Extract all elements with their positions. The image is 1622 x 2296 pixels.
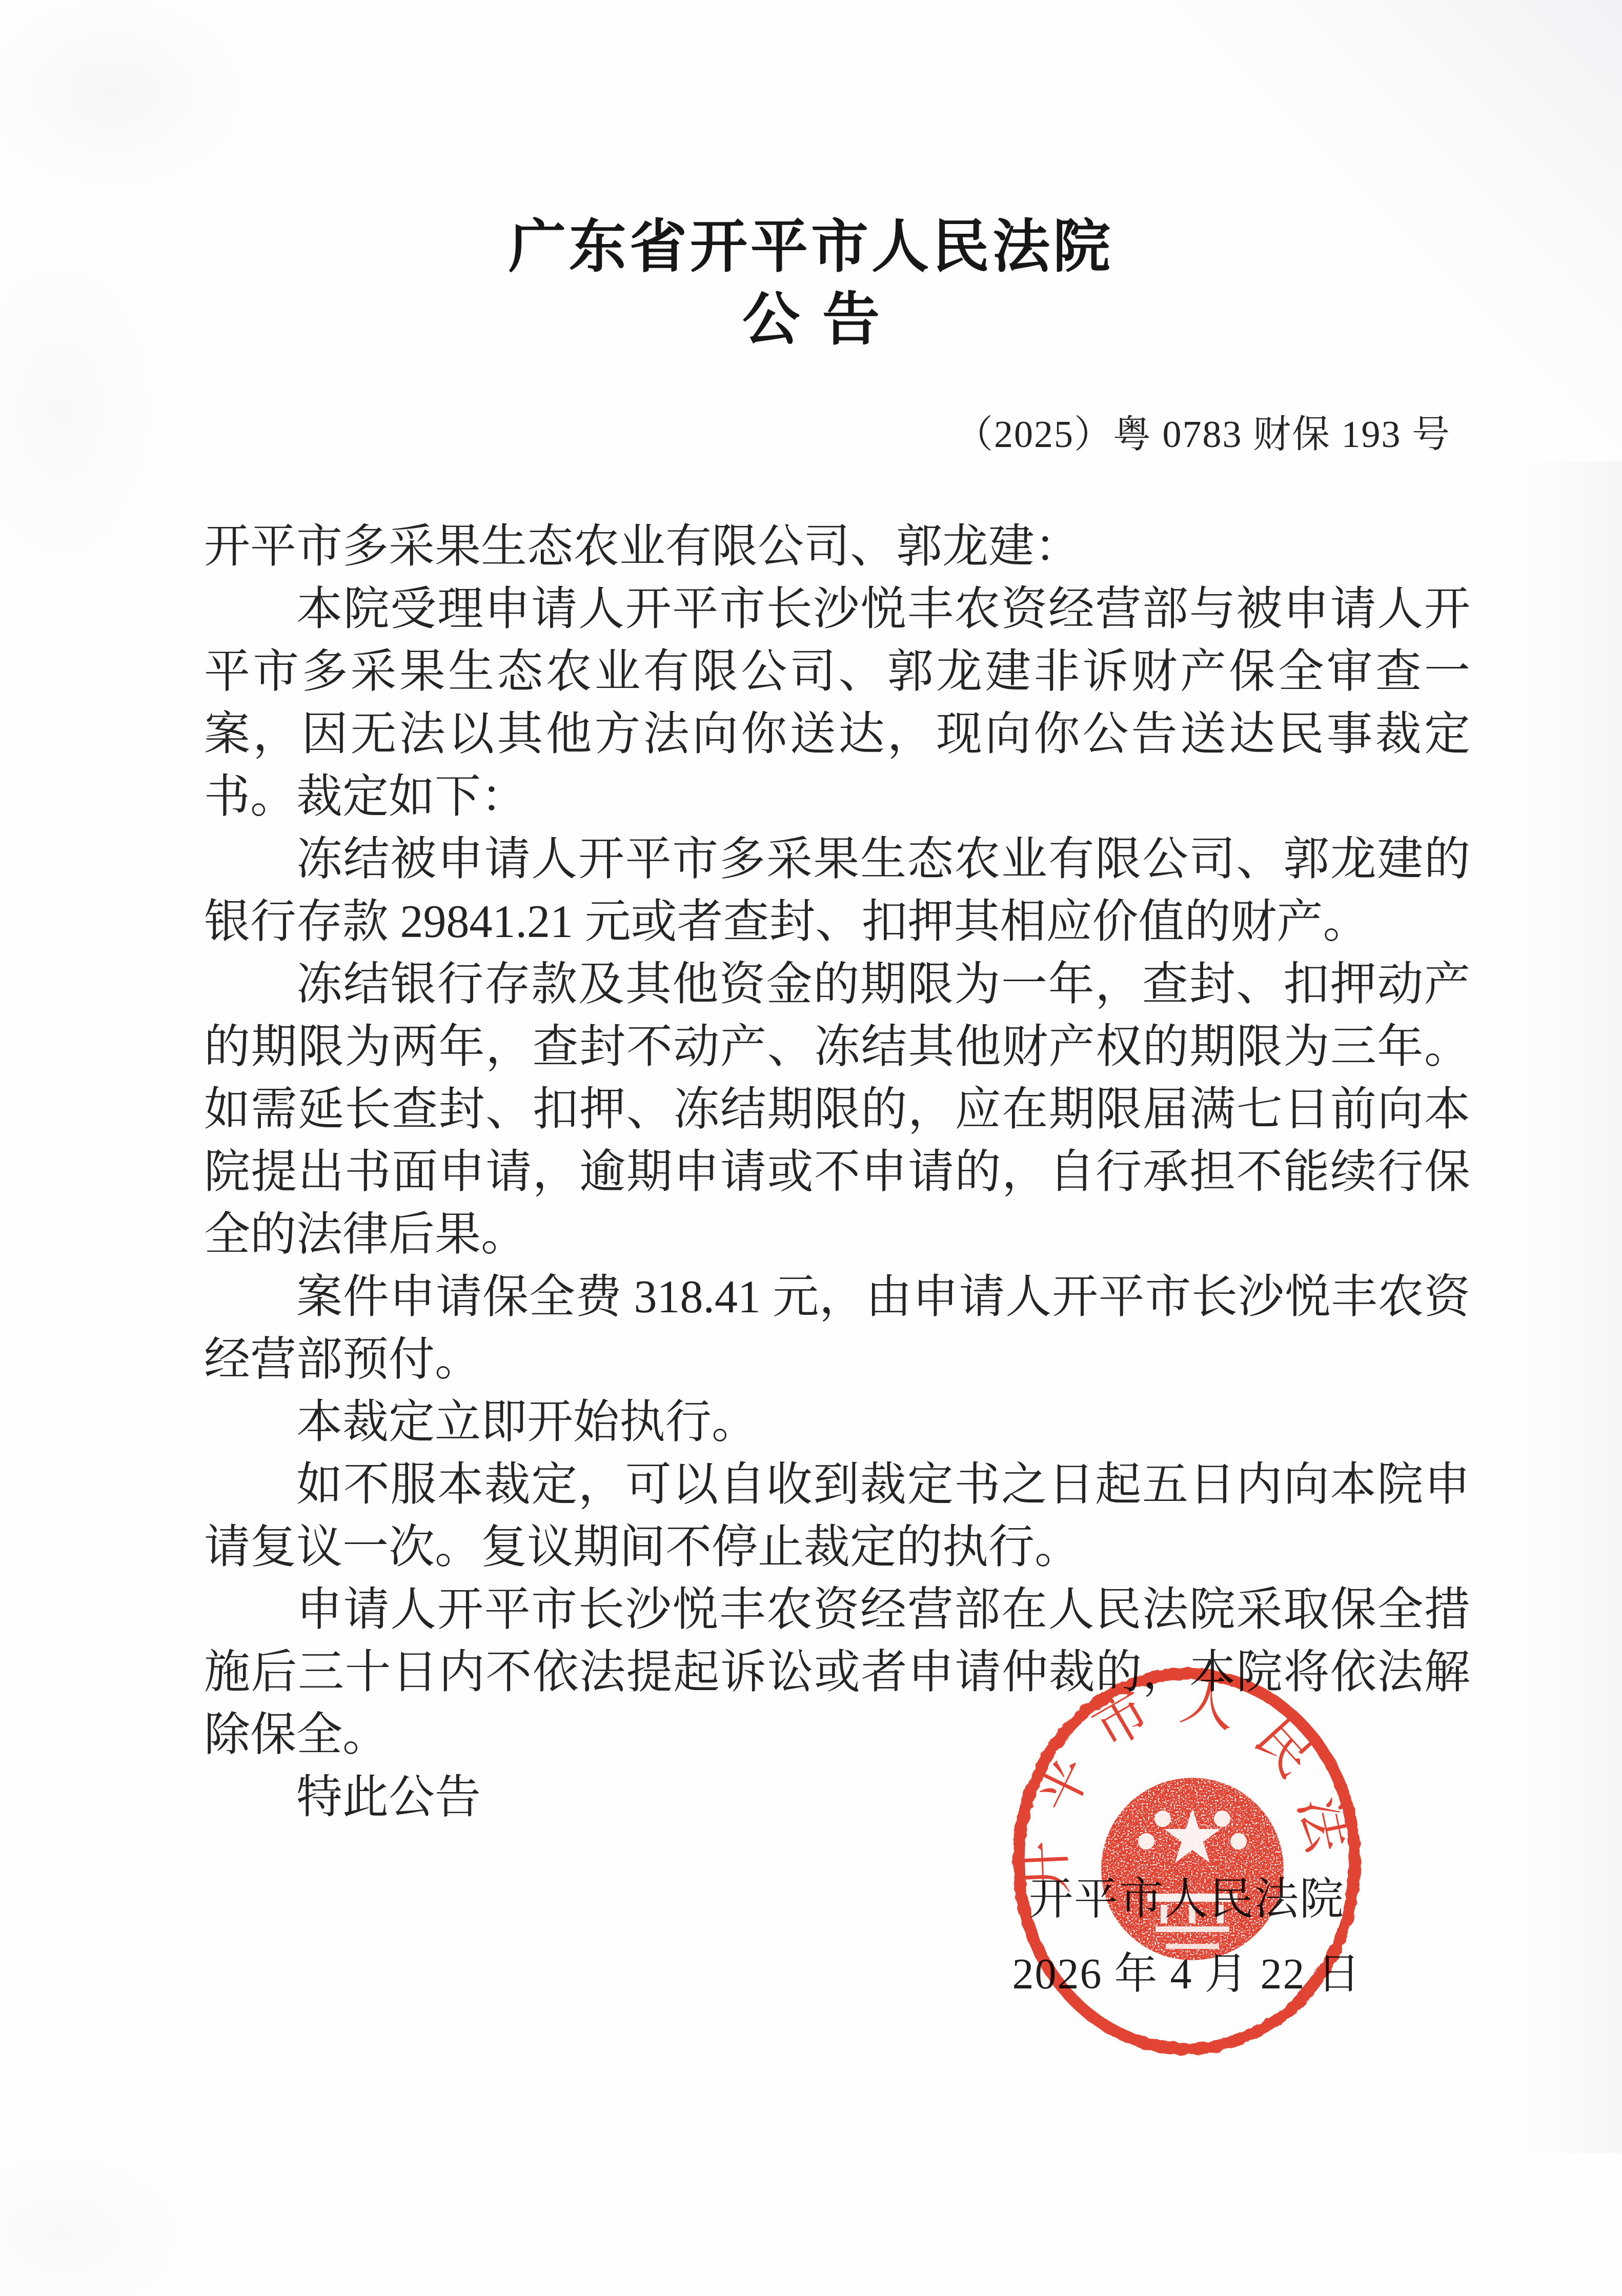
signature-block: 开平市人民法院 2026 年 4 月 22 日 [1005,1877,1369,1996]
court-name-title: 广东省开平市人民法院 [0,201,1622,283]
signature-court: 开平市人民法院 [1005,1877,1369,1921]
document-page: 广东省开平市人民法院 公告 （2025）粤 0783 财保 193 号 开平市多… [0,0,1622,2296]
case-number: （2025）粤 0783 财保 193 号 [955,404,1451,458]
signature-date: 2026 年 4 月 22 日 [1005,1953,1369,1996]
closing-line: 特此公告 [204,1766,1470,1829]
paragraph: 本裁定立即开始执行。 [204,1391,1470,1454]
paragraph: 如不服本裁定，可以自收到裁定书之日起五日内向本院申请复议一次。复议期间不停止裁定… [204,1454,1470,1579]
paragraph: 冻结被申请人开平市多采果生态农业有限公司、郭龙建的银行存款 29841.21 元… [204,828,1470,953]
paragraph: 案件申请保全费 318.41 元，由申请人开平市长沙悦丰农资经营部预付。 [204,1266,1470,1391]
paragraph: 申请人开平市长沙悦丰农资经营部在人民法院采取保全措施后三十日内不依法提起诉讼或者… [204,1579,1470,1766]
scan-artifact [1489,461,1622,2153]
scan-artifact [0,1988,359,2296]
addressee-line: 开平市多采果生态农业有限公司、郭龙建： [204,516,1470,578]
paragraph: 本院受理申请人开平市长沙悦丰农资经营部与被申请人开平市多采果生态农业有限公司、郭… [204,578,1470,828]
doc-type-title: 公告 [11,274,1622,356]
document-body: 开平市多采果生态农业有限公司、郭龙建： 本院受理申请人开平市长沙悦丰农资经营部与… [204,516,1470,1829]
paragraph: 冻结银行存款及其他资金的期限为一年，查封、扣押动产的期限为两年，查封不动产、冻结… [204,953,1470,1266]
